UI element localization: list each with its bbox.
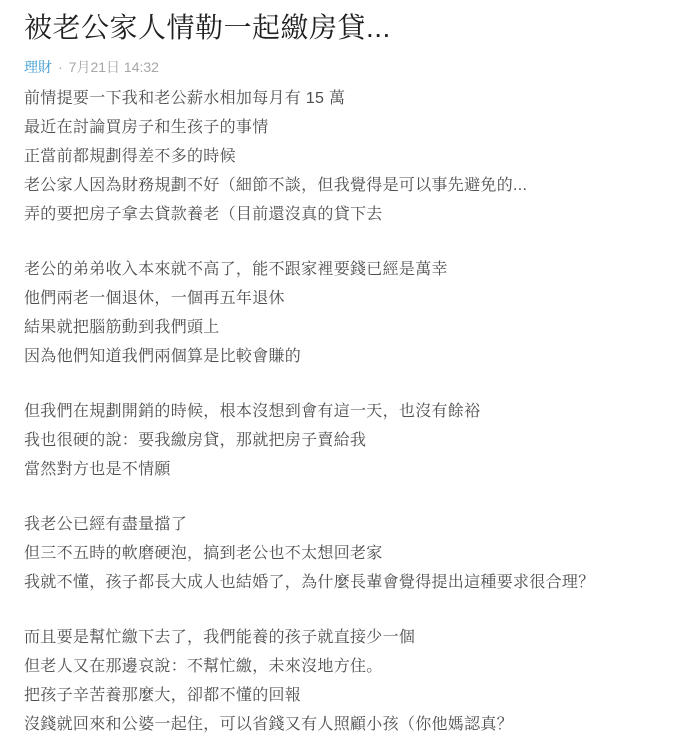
post-paragraph: 我老公已經有盡量擋了 但三不五時的軟磨硬泡，搞到老公也不太想回老家 我就不懂，孩… xyxy=(24,510,654,597)
post-body: 前情提要一下我和老公薪水相加每月有 15 萬 最近在討論買房子和生孩子的事情 正… xyxy=(24,84,654,739)
post-title: 被老公家人情勒一起繳房貸... xyxy=(24,10,654,46)
meta-separator: · xyxy=(58,58,63,76)
post-container: 被老公家人情勒一起繳房貸... 理財 · 7月21日 14:32 前情提要一下我… xyxy=(0,0,682,739)
category-link[interactable]: 理財 xyxy=(24,58,52,76)
post-paragraph: 老公的弟弟收入本來就不高了，能不跟家裡要錢已經是萬幸 他們兩老一個退休，一個再五… xyxy=(24,255,654,371)
post-paragraph: 而且要是幫忙繳下去了，我們能養的孩子就直接少一個 但老人又在那邊哀說：不幫忙繳，… xyxy=(24,623,654,739)
post-timestamp: 7月21日 14:32 xyxy=(69,58,159,76)
post-meta: 理財 · 7月21日 14:32 xyxy=(24,58,654,76)
post-paragraph: 前情提要一下我和老公薪水相加每月有 15 萬 最近在討論買房子和生孩子的事情 正… xyxy=(24,84,654,229)
post-paragraph: 但我們在規劃開銷的時候，根本沒想到會有這一天，也沒有餘裕 我也很硬的說：要我繳房… xyxy=(24,397,654,484)
